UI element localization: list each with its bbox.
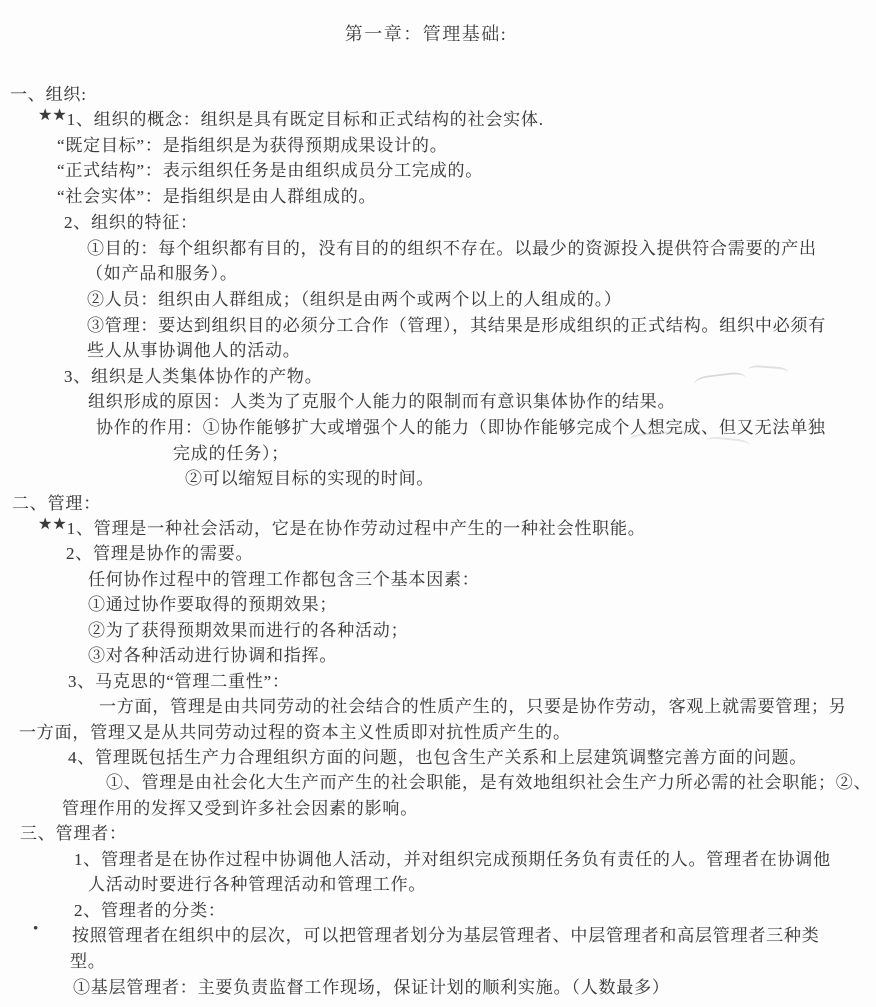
document-line: 2、组织的特征： [64, 208, 198, 233]
document-line: 协作的作用：①协作能够扩大或增强个人的能力（即协作能够完成个人想完成、但又无法单… [96, 413, 826, 438]
line-text: 按照管理者在组织中的层次，可以把管理者划分为基层管理者、中层管理者和高层管理者三… [72, 926, 820, 945]
document-line: ①、管理是由社会化大生产而产生的社会职能，是有效地组织社会生产力所必需的社会职能… [106, 768, 871, 793]
line-text: ①基层管理者：主要负责监督工作现场，保证计划的顺利实施。（人数最多） [73, 978, 670, 997]
document-line: “正式结构”：表示组织任务是由组织成员分工完成的。 [57, 156, 483, 181]
line-text: 2、组织的特征： [64, 213, 198, 232]
line-text: ③管理：要达到组织目的必须分工合作（管理），其结果是形成组织的正式结构。组织中必… [87, 316, 826, 335]
line-text: ②人员：组织由人群组成；（组织是由两个或两个以上的人组成的。） [87, 290, 622, 309]
bullet-icon: • [33, 921, 72, 938]
line-text: 一方面，管理又是从共同劳动过程的资本主义性质即对抗性质产生的。 [19, 723, 571, 742]
line-text: 1、组织的概念：组织是具有既定目标和正式结构的社会实体. [67, 110, 544, 129]
document-line: 1、管理者是在协作过程中协调他人活动，并对组织完成预期任务负有责任的人。管理者在… [74, 845, 831, 870]
line-text: ②为了获得预期效果而进行的各种活动； [88, 621, 408, 640]
document-line: 4、管理既包括生产力合理组织方面的问题，也包含生产关系和上层建筑调整完善方面的问… [68, 743, 807, 768]
line-text: 人活动时要进行各种管理活动和管理工作。 [88, 875, 426, 894]
document-line: 三、管理者： [20, 819, 127, 844]
line-text: （如产品和服务）。 [86, 264, 238, 283]
line-text: 2、管理是协作的需要。 [66, 544, 253, 563]
line-text: 组织形成的原因：人类为了克服个人能力的限制而有意识集体协作的结果。 [88, 392, 675, 411]
document-line: 2、管理是协作的需要。 [66, 539, 253, 564]
line-text: 任何协作过程中的管理工作都包含三个基本因素： [88, 570, 480, 589]
line-text: 3、马克思的“管理二重性”： [68, 672, 290, 691]
document-line: 任何协作过程中的管理工作都包含三个基本因素： [88, 565, 480, 590]
line-text: ①目的：每个组织都有目的，没有目的的组织不存在。以最少的资源投入提供符合需要的产… [87, 239, 817, 258]
document-body: 一、组织:★★1、组织的概念：组织是具有既定目标和正式结构的社会实体.“既定目标… [0, 0, 876, 1007]
line-text: “社会实体”：是指组织是由人群组成的。 [57, 187, 376, 206]
document-line: 3、马克思的“管理二重性”： [68, 667, 290, 692]
line-text: 完成的任务）； [173, 444, 289, 463]
document-line: 二、管理： [12, 489, 101, 514]
document-line: 3、组织是人类集体协作的产物。 [64, 362, 323, 387]
document-page: 第一章：管理基础: 一、组织:★★1、组织的概念：组织是具有既定目标和正式结构的… [0, 0, 876, 1007]
document-line: 一方面，管理是由共同劳动的社会结合的性质产生的，只要是协作劳动，客观上就需要管理… [99, 692, 847, 717]
document-line: 些人从事协调他人的活动。 [87, 336, 301, 361]
document-line: ★★1、管理是一种社会活动，它是在协作劳动过程中产生的一种社会性职能。 [38, 514, 646, 539]
line-text: ②可以缩短目标的实现的时间。 [185, 469, 434, 488]
line-text: 协作的作用：①协作能够扩大或增强个人的能力（即协作能够完成个人想完成、但又无法单… [96, 418, 826, 437]
document-line: ★★1、组织的概念：组织是具有既定目标和正式结构的社会实体. [38, 105, 544, 130]
line-text: 管理作用的发挥又受到许多社会因素的影响。 [62, 799, 418, 818]
document-line: （如产品和服务）。 [86, 259, 238, 284]
document-line: “既定目标”：是指组织是为获得预期成果设计的。 [57, 131, 448, 156]
line-text: ①、管理是由社会化大生产而产生的社会职能，是有效地组织社会生产力所必需的社会职能… [106, 773, 871, 792]
line-text: 1、管理者是在协作过程中协调他人活动，并对组织完成预期任务负有责任的人。管理者在… [74, 850, 831, 869]
line-text: 4、管理既包括生产力合理组织方面的问题，也包含生产关系和上层建筑调整完善方面的问… [68, 748, 807, 767]
document-line: 管理作用的发挥又受到许多社会因素的影响。 [62, 794, 418, 819]
document-line: •按照管理者在组织中的层次，可以把管理者划分为基层管理者、中层管理者和高层管理者… [33, 921, 820, 946]
document-line: ①基层管理者：主要负责监督工作现场，保证计划的顺利实施。（人数最多） [73, 973, 670, 998]
line-text: 一方面，管理是由共同劳动的社会结合的性质产生的，只要是协作劳动，客观上就需要管理… [99, 697, 847, 716]
document-line: 完成的任务）； [173, 439, 289, 464]
document-line: ②可以缩短目标的实现的时间。 [185, 464, 434, 489]
document-line: ②为了获得预期效果而进行的各种活动； [88, 616, 408, 641]
document-line: 2、管理者的分类： [74, 896, 226, 921]
line-text: 些人从事协调他人的活动。 [87, 341, 301, 360]
document-line: 人活动时要进行各种管理活动和管理工作。 [88, 870, 426, 895]
double-star-icon: ★★ [38, 105, 67, 125]
double-star-icon: ★★ [38, 514, 67, 534]
line-text: 三、管理者： [20, 824, 127, 843]
line-text: 2、管理者的分类： [74, 901, 226, 920]
document-line: 组织形成的原因：人类为了克服个人能力的限制而有意识集体协作的结果。 [88, 387, 675, 412]
document-line: ①目的：每个组织都有目的，没有目的的组织不存在。以最少的资源投入提供符合需要的产… [87, 234, 817, 259]
document-line: 一方面，管理又是从共同劳动过程的资本主义性质即对抗性质产生的。 [19, 718, 571, 743]
line-text: 型。 [70, 952, 106, 971]
document-line: ③管理：要达到组织目的必须分工合作（管理），其结果是形成组织的正式结构。组织中必… [87, 311, 826, 336]
document-line: “社会实体”：是指组织是由人群组成的。 [57, 182, 376, 207]
document-line: ①通过协作要取得的预期效果； [88, 590, 337, 615]
line-text: ③对各种活动进行协调和指挥。 [88, 646, 337, 665]
document-line: 一、组织: [10, 80, 87, 105]
line-text: “既定目标”：是指组织是为获得预期成果设计的。 [57, 136, 448, 155]
line-text: “正式结构”：表示组织任务是由组织成员分工完成的。 [57, 161, 483, 180]
document-line: 型。 [70, 947, 106, 972]
line-text: 1、管理是一种社会活动，它是在协作劳动过程中产生的一种社会性职能。 [67, 519, 646, 538]
line-text: 3、组织是人类集体协作的产物。 [64, 367, 323, 386]
line-text: 二、管理： [12, 494, 101, 513]
line-text: 一、组织: [10, 85, 87, 104]
document-line: ②人员：组织由人群组成；（组织是由两个或两个以上的人组成的。） [87, 285, 622, 310]
line-text: ①通过协作要取得的预期效果； [88, 595, 337, 614]
document-line: ③对各种活动进行协调和指挥。 [88, 641, 337, 666]
